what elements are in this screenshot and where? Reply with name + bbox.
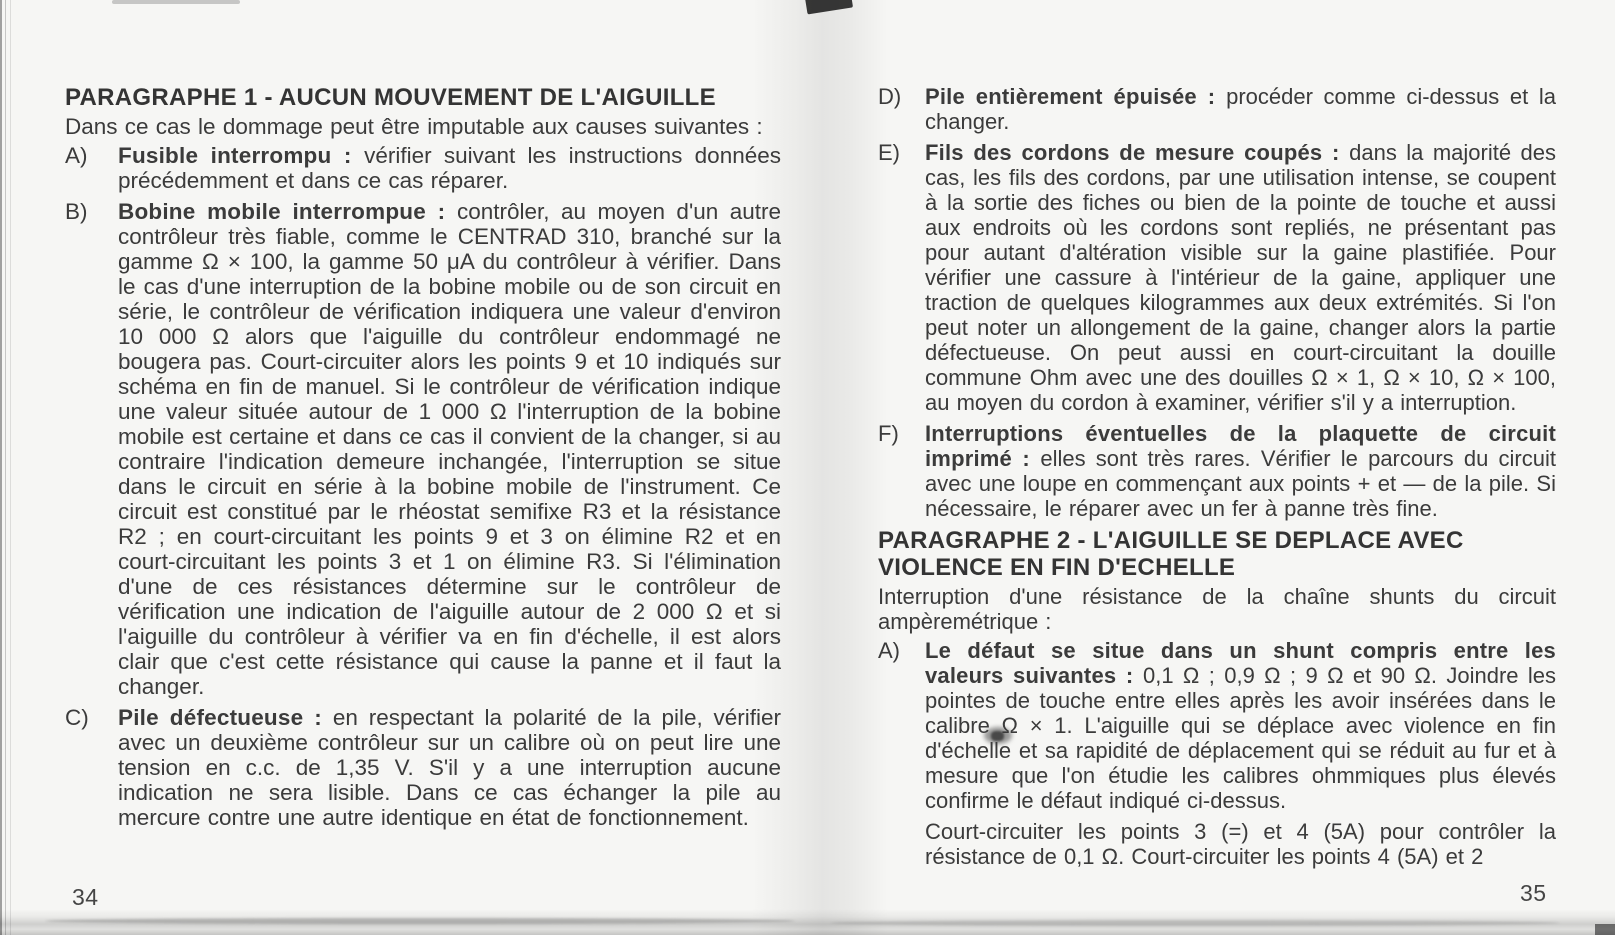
item-lead: Fils des cordons de mesure coupés : [925, 140, 1349, 165]
book-spread: PARAGRAPHE 1 - AUCUN MOUVEMENT DE L'AIGU… [0, 0, 1615, 935]
page-number-left: 34 [72, 884, 99, 911]
item-lead: Bobine mobile interrompue : [118, 199, 457, 224]
item-label: A) [65, 143, 118, 193]
item-label: A) [878, 638, 925, 813]
bottom-streak-left [45, 918, 795, 924]
item-lead: Fusible interrompu : [118, 143, 364, 168]
item-label: F) [878, 421, 925, 521]
item-label: C) [65, 705, 118, 830]
left-page: PARAGRAPHE 1 - AUCUN MOUVEMENT DE L'AIGU… [65, 84, 781, 830]
item-paragraph: Le défaut se situe dans un shunt compris… [925, 638, 1556, 813]
list-item-e: E) Fils des cordons de mesure coupés :da… [878, 140, 1556, 415]
continuation-paragraph: Court-circuiter les points 3 (=) et 4 (5… [925, 819, 1556, 869]
item-label: B) [65, 199, 118, 699]
top-edge-smudge [112, 0, 240, 4]
paragraph2-intro: Interruption d'une résistance de la chaî… [878, 584, 1556, 634]
item-label: D) [878, 84, 925, 134]
item-paragraph: Bobine mobile interrompue :contrôler, au… [118, 199, 781, 699]
list-item-a2: A) Le défaut se situe dans un shunt comp… [878, 638, 1556, 813]
paragraph1-intro: Dans ce cas le dommage peut être imputab… [65, 114, 781, 139]
continuation-wrap: Court-circuiter les points 3 (=) et 4 (5… [878, 819, 1556, 869]
list-item-d: D) Pile entièrement épuisée :procéder co… [878, 84, 1556, 134]
item-label: E) [878, 140, 925, 415]
page-edge-lines [0, 0, 16, 935]
item-paragraph: Pile défectueuse :en respectant la polar… [118, 705, 781, 830]
right-page: D) Pile entièrement épuisée :procéder co… [878, 84, 1556, 869]
item-paragraph: Pile entièrement épuisée :procéder comme… [925, 84, 1556, 134]
item-paragraph: Fusible interrompu :vérifier suivant les… [118, 143, 781, 193]
list-item-b: B) Bobine mobile interrompue :contrôler,… [65, 199, 781, 699]
item-body: contrôler, au moyen d'un autre contrôleu… [118, 199, 781, 699]
page-number-right: 35 [1520, 880, 1547, 907]
paragraph2-heading: PARAGRAPHE 2 - L'AIGUILLE SE DEPLACE AVE… [878, 527, 1556, 581]
item-paragraph: Fils des cordons de mesure coupés :dans … [925, 140, 1556, 415]
item-lead: Pile entièrement épuisée : [925, 84, 1226, 109]
paragraph1-heading: PARAGRAPHE 1 - AUCUN MOUVEMENT DE L'AIGU… [65, 84, 781, 111]
list-item-a: A) Fusible interrompu :vérifier suivant … [65, 143, 781, 193]
item-lead: Pile défectueuse : [118, 705, 333, 730]
item-paragraph: Interruptions éventuelles de la plaquett… [925, 421, 1556, 521]
bottom-streak-right [830, 920, 1560, 926]
list-item-c: C) Pile défectueuse :en respectant la po… [65, 705, 781, 830]
bottom-right-corner-mark [1595, 924, 1615, 935]
list-item-f: F) Interruptions éventuelles de la plaqu… [878, 421, 1556, 521]
item-body: dans la majorité des cas, les fils des c… [925, 140, 1556, 415]
